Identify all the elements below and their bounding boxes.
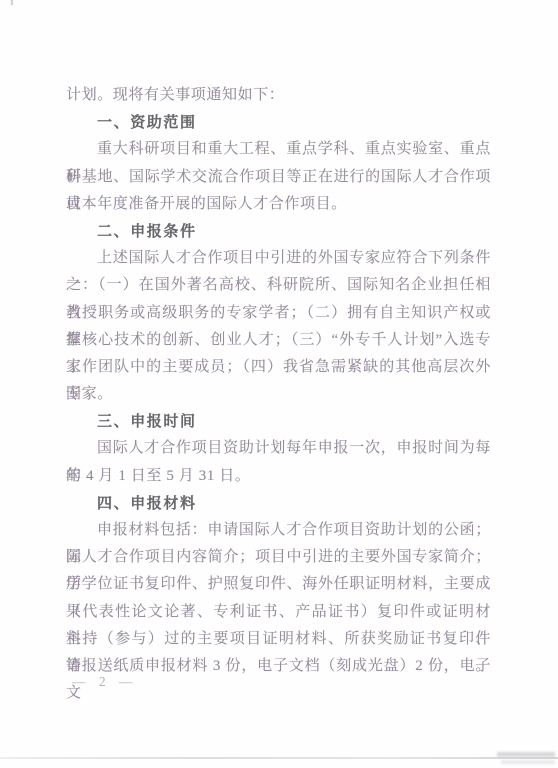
section-heading-application-conditions: 二、申报条件	[66, 218, 491, 245]
body-line: （代表性论文论著、专利证书、产品证书）复印件或证明材料、	[66, 599, 491, 626]
body-line: 握核心技术的创新、创业人才；（三）“外专千人计划”入选专家	[66, 327, 491, 354]
body-line: 重大科研项目和重大工程、重点学科、重点实验室、重点科	[66, 136, 491, 163]
body-line: 国际人才合作项目资助计划每年申报一次，申报时间为每年	[66, 435, 491, 462]
body-line: 际人才合作项目内容简介；项目中引进的主要外国专家简介；学	[66, 544, 491, 571]
body-line: 研基地、国际学术交流合作项目等正在进行的国际人才合作项目	[66, 164, 491, 191]
section-heading-application-materials: 四、申报材料	[66, 490, 491, 517]
section-heading-funding-scope: 一、资助范围	[66, 109, 491, 136]
page-number: — 2 —	[72, 672, 138, 692]
body-line: 专家。	[66, 381, 491, 408]
body-line: 申报材料包括：申请国际人才合作项目资助计划的公函；国	[66, 517, 491, 544]
document-body: 计划。现将有关事项通知如下： 一、资助范围 重大科研项目和重大工程、重点学科、重…	[66, 82, 491, 680]
scan-artifact-bottom-right-smudge	[497, 752, 555, 757]
body-line: 的 4 月 1 日至 5 月 31 日。	[66, 463, 491, 490]
section-heading-application-time: 三、申报时间	[66, 408, 491, 435]
body-line: 教授职务或高级职务的专家学者；（二）拥有自主知识产权或掌	[66, 300, 491, 327]
scan-artifact-bottom-right-smudge	[501, 760, 555, 764]
body-line: 历学位证书复印件、护照复印件、海外任职证明材料，主要成果	[66, 571, 491, 598]
body-line: 或本年度准备开展的国际人才合作项目。	[66, 191, 491, 218]
body-line: 主持（参与）过的主要项目证明材料、所获奖励证书复印件等。	[66, 626, 491, 653]
body-line: 计划。现将有关事项通知如下：	[66, 82, 491, 109]
body-line: 工作团队中的主要成员；（四）我省急需紧缺的其他高层次外国	[66, 354, 491, 381]
scan-artifact-corner-mark	[0, 0, 17, 17]
scan-artifact-bottom-edge	[0, 757, 558, 759]
scanned-document-page: 计划。现将有关事项通知如下： 一、资助范围 重大科研项目和重大工程、重点学科、重…	[0, 0, 558, 768]
body-line: 一：（一）在国外著名高校、科研院所、国际知名企业担任相当	[66, 272, 491, 299]
body-line: 上述国际人才合作项目中引进的外国专家应符合下列条件之	[66, 245, 491, 272]
